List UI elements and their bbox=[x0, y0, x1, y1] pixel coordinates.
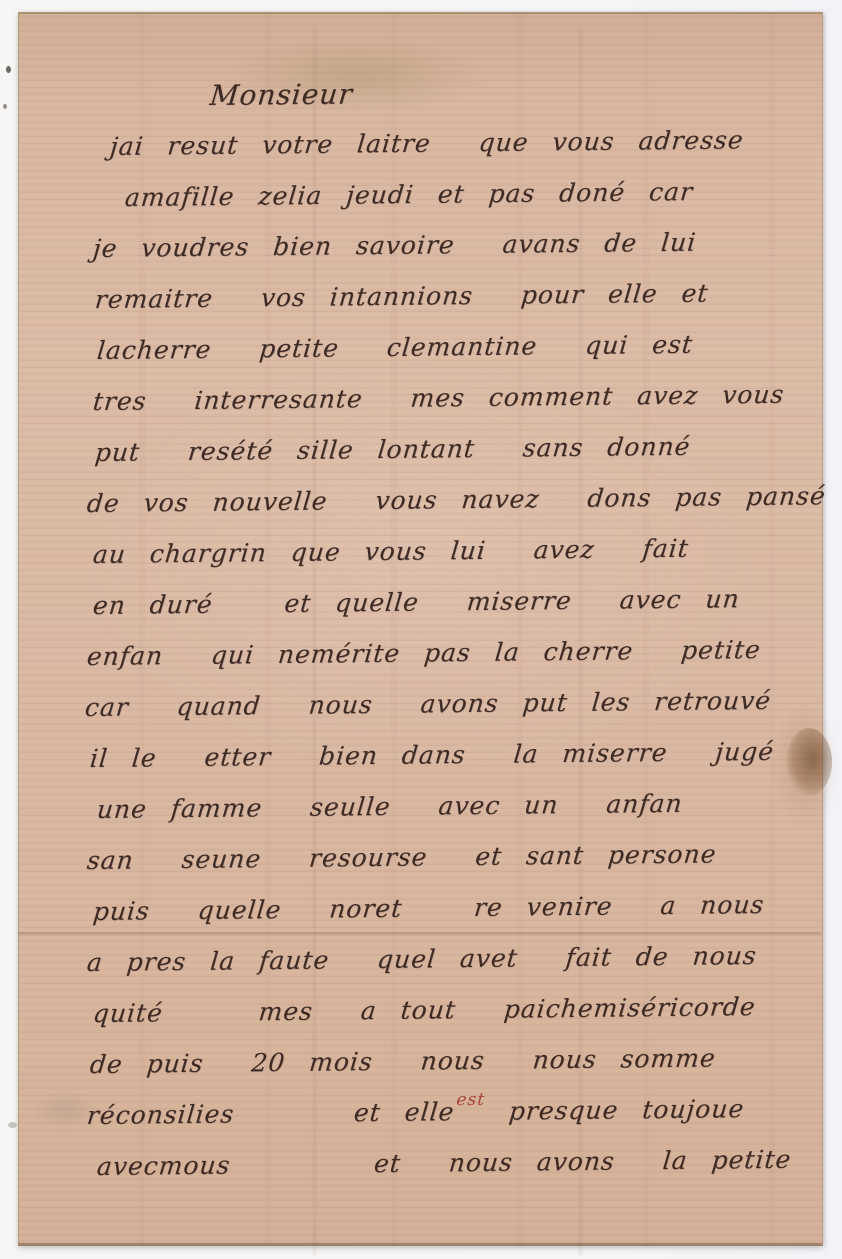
letter-line: remaitre vos intannions pour elle et bbox=[93, 266, 818, 325]
letter-line: enfan qui nemérite pas la cherre petite bbox=[85, 623, 818, 682]
line-text-post: presque toujoue bbox=[484, 1094, 746, 1126]
letter-body: Monsieur jai resut votre laitre que vous… bbox=[85, 70, 815, 1192]
letter-line: une famme seulle avec un anfan bbox=[95, 776, 818, 835]
letter-line: je voudres bien savoire avans de lui bbox=[91, 215, 818, 274]
red-ink-insertion: est bbox=[456, 1089, 487, 1109]
letter-line: tres interresante mes comment avez vous bbox=[91, 368, 818, 427]
letter-line: a pres la faute quel avet fait de nous bbox=[85, 929, 818, 988]
letter-line: jai resut votre laitre que vous adresse bbox=[108, 114, 818, 172]
letter-line: san seune resourse et sant persone bbox=[85, 827, 818, 886]
letter-line: au chargrin que vous lui avez fait bbox=[91, 521, 818, 580]
edge-speck bbox=[6, 66, 11, 73]
letter-line: lacherre petite clemantine qui est bbox=[95, 317, 818, 376]
letter-line: il le etter bien dans la miserre jugé bbox=[88, 725, 818, 784]
letter-line: en duré et quelle miserre avec un bbox=[91, 572, 818, 631]
letter-line: puis quelle noret re venire a nous bbox=[91, 878, 818, 937]
edge-speck bbox=[8, 1122, 17, 1128]
letter-line: amafille zelia jeudi et pas doné car bbox=[123, 165, 818, 223]
letter-line: de vos nouvelle vous navez dons pas pans… bbox=[85, 470, 818, 529]
letter-line: quité mes a tout paichemiséricorde bbox=[91, 980, 818, 1039]
letter-line: put resété sille lontant sans donné bbox=[93, 419, 818, 478]
letter-line: de puis 20 mois nous nous somme bbox=[88, 1031, 818, 1090]
edge-speck bbox=[3, 104, 7, 109]
letter-line: car quand nous avons put les retrouvé bbox=[83, 674, 818, 733]
letter-line: avecmous et nous avons la petite bbox=[95, 1133, 818, 1192]
scanned-letter: Monsieur jai resut votre laitre que vous… bbox=[0, 0, 842, 1259]
letter-line-with-insertion: réconsilies et elle est presque toujoue bbox=[85, 1082, 818, 1141]
salutation: Monsieur bbox=[208, 64, 818, 121]
line-text-pre: réconsilies et elle bbox=[86, 1097, 456, 1130]
